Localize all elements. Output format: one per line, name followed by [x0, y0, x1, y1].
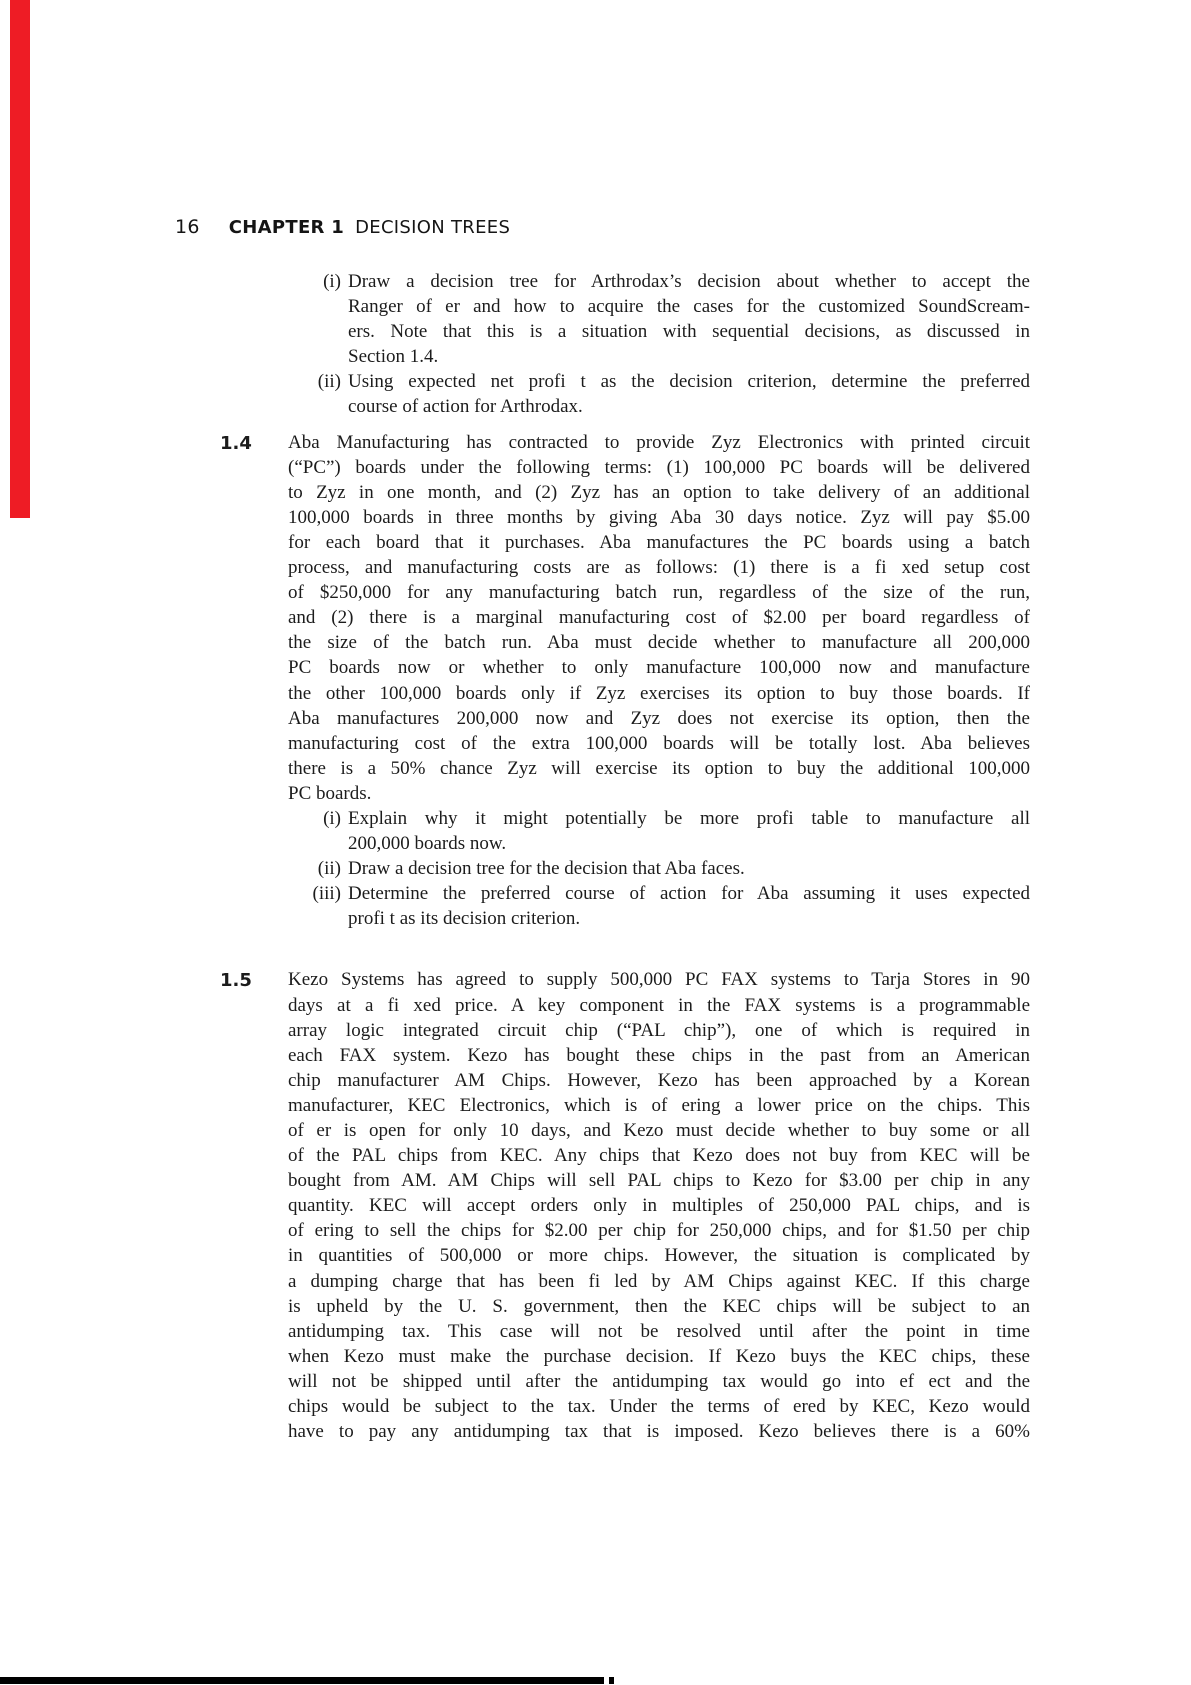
text-line: ers. Note that this is a situation with … [348, 319, 1030, 344]
text-line: Using expected net profi t as the decisi… [348, 369, 1030, 394]
text-line: a dumping charge that has been fi led by… [288, 1269, 1030, 1294]
problem-1-3-subitems: (i)Draw a decision tree for Arthrodax’s … [220, 269, 1030, 420]
problem-number: 1.5 [220, 967, 288, 1444]
list-item: (i)Draw a decision tree for Arthrodax’s … [220, 269, 1030, 369]
text-line: for each board that it purchases. Aba ma… [288, 530, 1030, 555]
text-line: of the PAL chips from KEC. Any chips tha… [288, 1143, 1030, 1168]
problem-number: 1.4 [220, 430, 288, 932]
list-item: (i)Explain why it might potentially be m… [288, 806, 1030, 856]
text-line: antidumping tax. This case will not be r… [288, 1319, 1030, 1344]
text-line: manufacturer, KEC Electronics, which is … [288, 1093, 1030, 1118]
bottom-rule-tick [609, 1677, 614, 1684]
problem-1-5: 1.5Kezo Systems has agreed to supply 500… [220, 967, 1030, 1444]
text-column: (i)Draw a decision tree for Arthrodax’s … [220, 269, 1030, 1444]
item-text: Using expected net profi t as the decisi… [348, 369, 1030, 419]
text-line: will not be shipped until after the anti… [288, 1369, 1030, 1394]
text-line: the size of the batch run. Aba must deci… [288, 630, 1030, 655]
chapter-title: DECISION TREES [355, 217, 510, 238]
problem-body: Kezo Systems has agreed to supply 500,00… [288, 967, 1030, 1444]
text-line: of $250,000 for any manufacturing batch … [288, 580, 1030, 605]
text-line: of ering to sell the chips for $2.00 per… [288, 1218, 1030, 1243]
text-line: Determine the preferred course of action… [348, 881, 1030, 906]
text-line: the other 100,000 boards only if Zyz exe… [288, 681, 1030, 706]
text-line: (“PC”) boards under the following terms:… [288, 455, 1030, 480]
textbook-page: 16CHAPTER 1DECISION TREES (i)Draw a deci… [0, 0, 1191, 1685]
text-line: Aba manufactures 200,000 now and Zyz doe… [288, 706, 1030, 731]
item-text: Determine the preferred course of action… [348, 881, 1030, 931]
text-line: chip manufacturer AM Chips. However, Kez… [288, 1068, 1030, 1093]
problem-1-4: 1.4Aba Manufacturing has contracted to p… [220, 430, 1030, 932]
text-line: Aba Manufacturing has contracted to prov… [288, 430, 1030, 455]
problem-body: Aba Manufacturing has contracted to prov… [288, 430, 1030, 932]
list-item: (ii)Draw a decision tree for the decisio… [288, 856, 1030, 881]
item-label: (iii) [288, 881, 341, 931]
text-line: is upheld by the U. S. government, then … [288, 1294, 1030, 1319]
problem: 1.4Aba Manufacturing has contracted to p… [220, 430, 1030, 932]
text-line: Explain why it might potentially be more… [348, 806, 1030, 831]
text-line: days at a fi xed price. A key component … [288, 993, 1030, 1018]
text-line: course of action for Arthrodax. [348, 394, 1030, 419]
text-line: to Zyz in one month, and (2) Zyz has an … [288, 480, 1030, 505]
text-line: 100,000 boards in three months by giving… [288, 505, 1030, 530]
red-margin-bar [10, 0, 30, 518]
text-line: there is a 50% chance Zyz will exercise … [288, 756, 1030, 781]
text-line: Draw a decision tree for the decision th… [348, 856, 1030, 881]
text-line: PC boards now or whether to only manufac… [288, 655, 1030, 680]
text-line: and (2) there is a marginal manufacturin… [288, 605, 1030, 630]
page-header: 16CHAPTER 1DECISION TREES [175, 216, 510, 238]
list-item: (ii)Using expected net profi t as the de… [220, 369, 1030, 419]
list-item: (iii)Determine the preferred course of a… [288, 881, 1030, 931]
text-line: process, and manufacturing costs are as … [288, 555, 1030, 580]
bottom-rule [0, 1677, 604, 1684]
item-text: Draw a decision tree for Arthrodax’s dec… [348, 269, 1030, 369]
text-line: PC boards. [288, 781, 1030, 806]
text-line: array logic integrated circuit chip (“PA… [288, 1018, 1030, 1043]
text-line: each FAX system. Kezo has bought these c… [288, 1043, 1030, 1068]
chapter-label: CHAPTER 1 [229, 217, 344, 238]
text-line: in quantities of 500,000 or more chips. … [288, 1243, 1030, 1268]
text-line: of er is open for only 10 days, and Kezo… [288, 1118, 1030, 1143]
item-label: (ii) [220, 369, 341, 419]
item-text: Explain why it might potentially be more… [348, 806, 1030, 856]
text-line: manufacturing cost of the extra 100,000 … [288, 731, 1030, 756]
text-line: profi t as its decision criterion. [348, 906, 1030, 931]
item-text: Draw a decision tree for the decision th… [348, 856, 1030, 881]
text-line: bought from AM. AM Chips will sell PAL c… [288, 1168, 1030, 1193]
item-label: (ii) [288, 856, 341, 881]
text-line: Kezo Systems has agreed to supply 500,00… [288, 967, 1030, 992]
text-line: Ranger of er and how to acquire the case… [348, 294, 1030, 319]
page-number: 16 [175, 216, 200, 238]
text-line: Section 1.4. [348, 344, 1030, 369]
text-line: have to pay any antidumping tax that is … [288, 1419, 1030, 1444]
text-line: chips would be subject to the tax. Under… [288, 1394, 1030, 1419]
item-label: (i) [288, 806, 341, 856]
text-line: when Kezo must make the purchase decisio… [288, 1344, 1030, 1369]
text-line: quantity. KEC will accept orders only in… [288, 1193, 1030, 1218]
text-line: 200,000 boards now. [348, 831, 1030, 856]
problem: 1.5Kezo Systems has agreed to supply 500… [220, 967, 1030, 1444]
text-line: Draw a decision tree for Arthrodax’s dec… [348, 269, 1030, 294]
item-label: (i) [220, 269, 341, 369]
